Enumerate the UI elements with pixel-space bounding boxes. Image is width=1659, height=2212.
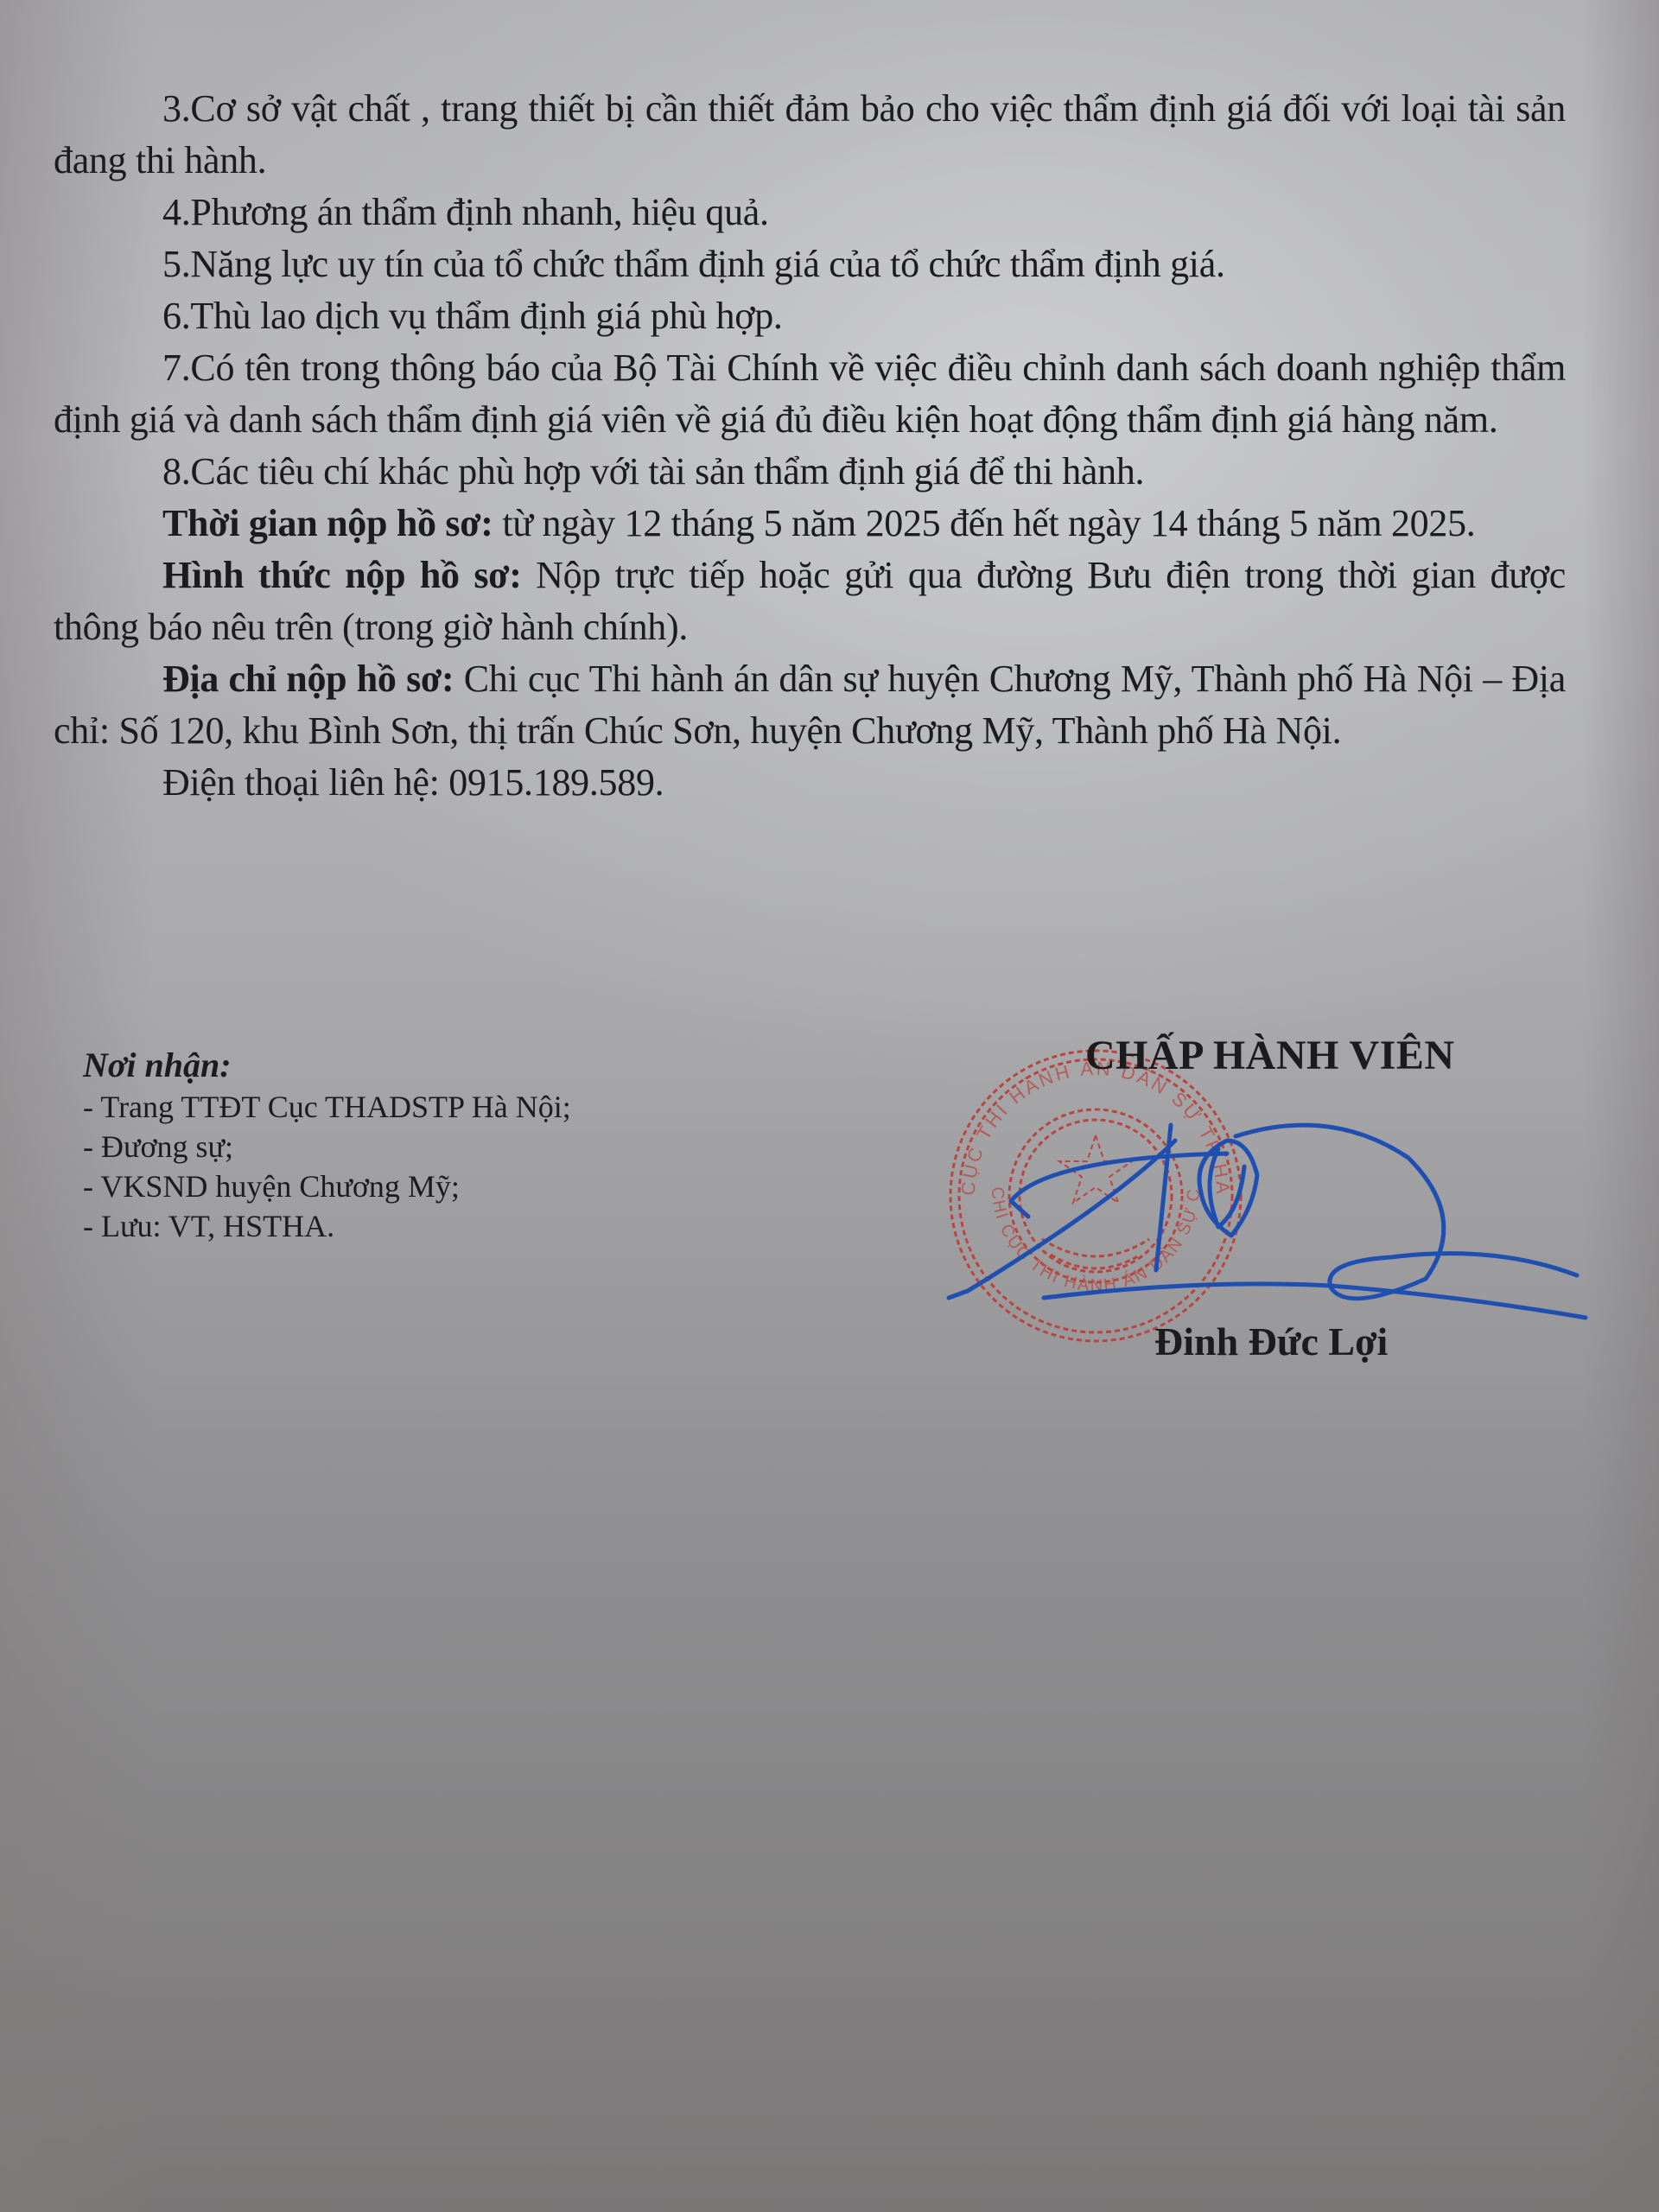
paragraph-text: 4.Phương án thẩm định nhanh, hiệu quả. — [162, 191, 769, 233]
recipient-item: - VKSND huyện Chương Mỹ; — [83, 1166, 571, 1206]
paragraph-text: 8.Các tiêu chí khác phù hợp với tài sản … — [162, 450, 1144, 493]
paragraph-submission-address: Địa chỉ nộp hồ sơ: Chi cục Thi hành án d… — [54, 653, 1566, 757]
paragraph-contact-phone: Điện thoại liên hệ: 0915.189.589. — [54, 757, 1566, 809]
paragraph-text: 6.Thù lao dịch vụ thẩm định giá phù hợp. — [162, 295, 783, 337]
paragraph-criterion-8: 8.Các tiêu chí khác phù hợp với tài sản … — [54, 446, 1566, 498]
paragraph-text: từ ngày 12 tháng 5 năm 2025 đến hết ngày… — [493, 502, 1476, 544]
signatory-name: Đinh Đức Lợi — [1154, 1319, 1388, 1364]
recipient-item: - Lưu: VT, HSTHA. — [83, 1206, 571, 1246]
paragraph-label: Hình thức nộp hồ sơ: — [162, 554, 522, 596]
paragraph-criterion-3: 3.Cơ sở vật chất , trang thiết bị cần th… — [54, 83, 1566, 187]
paragraph-text: Điện thoại liên hệ: 0915.189.589. — [162, 761, 664, 804]
paragraph-submission-time: Thời gian nộp hồ sơ: từ ngày 12 tháng 5 … — [54, 498, 1566, 550]
paragraph-criterion-6: 6.Thù lao dịch vụ thẩm định giá phù hợp. — [54, 290, 1566, 342]
signatory-title: CHẤP HÀNH VIÊN — [1085, 1032, 1455, 1079]
paragraph-text: 7.Có tên trong thông báo của Bộ Tài Chín… — [54, 346, 1566, 441]
paragraph-criterion-4: 4.Phương án thẩm định nhanh, hiệu quả. — [54, 187, 1566, 238]
paragraph-criterion-7: 7.Có tên trong thông báo của Bộ Tài Chín… — [54, 342, 1566, 446]
paragraph-criterion-5: 5.Năng lực uy tín của tổ chức thẩm định … — [54, 238, 1566, 290]
recipient-item: - Đương sự; — [83, 1127, 571, 1166]
paragraph-submission-method: Hình thức nộp hồ sơ: Nộp trực tiếp hoặc … — [54, 550, 1566, 653]
document-body: 3.Cơ sở vật chất , trang thiết bị cần th… — [54, 83, 1566, 809]
recipients-block: Nơi nhận: - Trang TTĐT Cục THADSTP Hà Nộ… — [83, 1046, 571, 1246]
recipient-item: - Trang TTĐT Cục THADSTP Hà Nội; — [83, 1087, 571, 1127]
paragraph-text: 3.Cơ sở vật chất , trang thiết bị cần th… — [54, 87, 1566, 181]
paragraph-label: Thời gian nộp hồ sơ: — [162, 502, 493, 544]
paragraph-label: Địa chỉ nộp hồ sơ: — [162, 658, 454, 700]
paragraph-text: 5.Năng lực uy tín của tổ chức thẩm định … — [162, 243, 1225, 285]
signature-block: CỤC THI HÀNH ÁN DÂN SỰ TP HÀ NỘI CHI CỤC… — [950, 1020, 1642, 1382]
recipients-title: Nơi nhận: — [83, 1046, 571, 1085]
